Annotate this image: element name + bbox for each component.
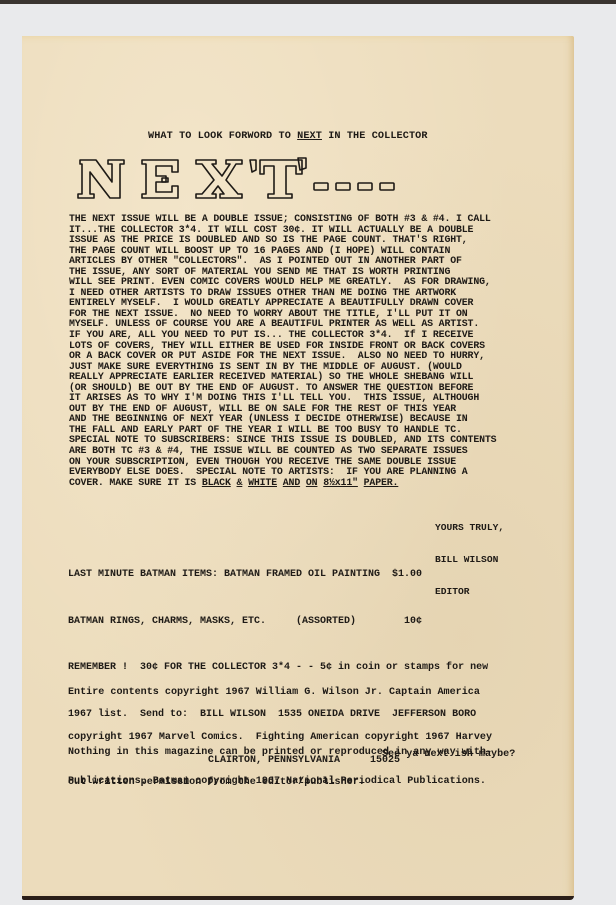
announcement-body: THE NEXT ISSUE WILL BE A DOUBLE ISSUE; C… [69, 214, 559, 488]
notice-line: out written permission from the editor/p… [68, 778, 548, 788]
underlined-word: AND [283, 477, 300, 488]
item-oil-painting: LAST MINUTE BATMAN ITEMS: BATMAN FRAMED … [68, 563, 548, 588]
copyright-line: Entire contents copyright 1967 William G… [68, 682, 548, 705]
body-line: THE NEXT ISSUE WILL BE A DOUBLE ISSUE; C… [69, 214, 559, 225]
title-art-next [66, 148, 396, 208]
body-line: ARE BOTH TC #3 & #4, THE ISSUE WILL BE C… [69, 446, 559, 457]
heading-prefix: WHAT TO LOOK FORWORD TO [148, 131, 297, 142]
signoff-text: See ya next ish maybe? [382, 749, 515, 760]
scan-top-edge [0, 0, 616, 4]
outlined-title-lettering [66, 148, 396, 208]
heading-suffix: IN THE COLLECTOR [322, 131, 428, 142]
signature-closing: YOURS TRULY, [435, 523, 504, 534]
reproduction-notice: Nothing in this magazine can be printed … [68, 727, 548, 799]
underlined-word: PAPER. [364, 477, 399, 488]
underlined-word: & [237, 477, 243, 488]
underlined-word: BLACK [202, 477, 231, 488]
underlined-word: 8½x11" [323, 477, 358, 488]
page-heading: WHAT TO LOOK FORWORD TO NEXT IN THE COLL… [148, 131, 428, 142]
underlined-word: ON [306, 477, 318, 488]
underlined-word: WHITE [248, 477, 277, 488]
heading-underlined-word: NEXT [297, 131, 322, 142]
item-rings-charms: BATMAN RINGS, CHARMS, MASKS, ETC. (ASSOR… [68, 610, 548, 635]
body-line-last: COVER. MAKE SURE IT IS BLACK & WHITE AND… [69, 478, 559, 489]
body-line: IF YOU ARE, ALL YOU NEED TO PUT IS... TH… [69, 330, 559, 341]
